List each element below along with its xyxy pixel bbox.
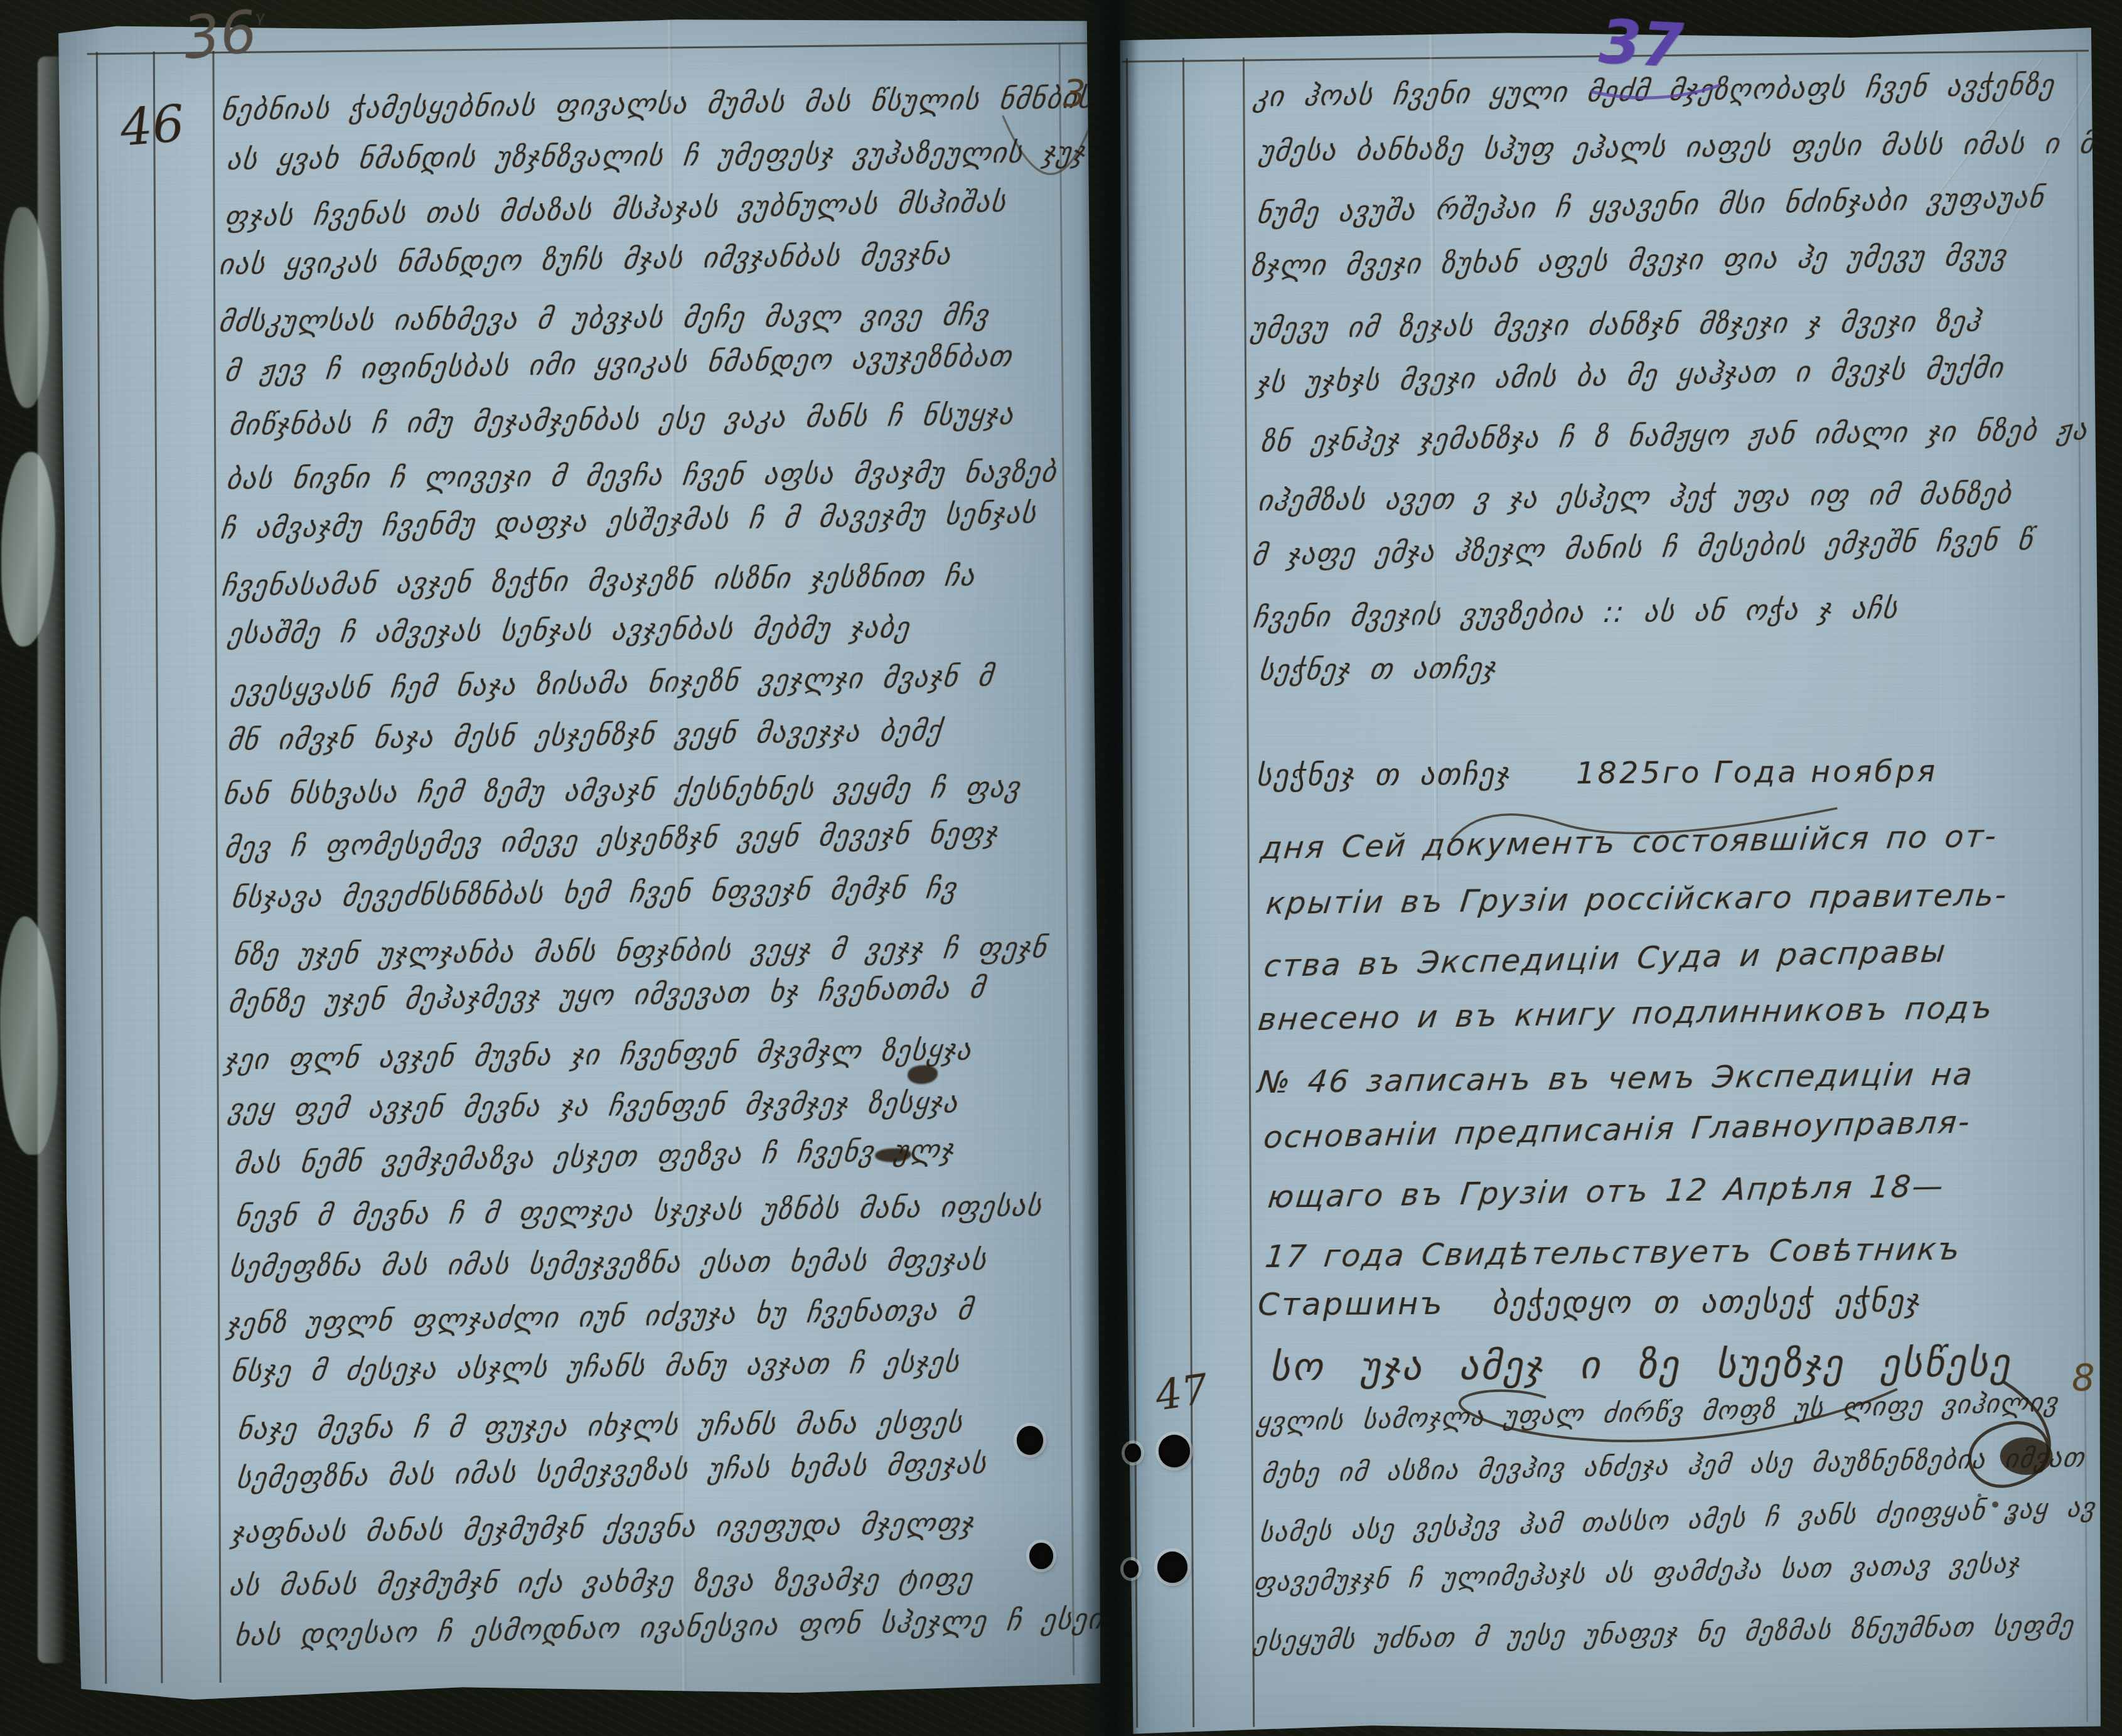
- clerk-line: Старшинъ ბეჭედყო თ ათესეჭ ეჭნეჯ: [1258, 1282, 1920, 1322]
- manuscript-line: ხას დღესაო ჩ ესმოდნაო ივანესვია ფონ სჰეჯ…: [233, 1602, 1106, 1653]
- manuscript-line: ჯაფნაას მანას მეჯმუმჯნ ქვევნა ივეფუდა მჯ…: [229, 1506, 976, 1550]
- margin-rule: [96, 52, 107, 1684]
- margin-rule: [1182, 58, 1194, 1727]
- edge-number: 8: [2072, 1356, 2095, 1399]
- binding-hole: [1029, 1543, 1053, 1569]
- manuscript-line: ჩვენი მვეჯის ვუვზებია :: ას ან ოჭა ჯ აჩს: [1251, 591, 1899, 634]
- manuscript-line: ჩ ამვაჯმუ ჩვენმუ დაფჯა ესშეჯმას ჩ მ მავე…: [219, 496, 1039, 545]
- manuscript-line: ესაშმე ჩ ამვეჯას სენჯას ავჯენბას მებმუ ჯ…: [226, 611, 912, 650]
- manuscript-line: ნუმე ავუშა რშეჰაი ჩ ყვავენი მსი ნძინჯაბი…: [1255, 181, 2046, 230]
- manuscript-line: მ ჟევ ჩ იფინესბას იმი ყვიკას ნმანდეო ავუ…: [223, 340, 1014, 388]
- binding-hole: [1125, 1444, 1141, 1462]
- date-line-georgian: სეჭნეჯ თ ათჩეჯ: [1256, 756, 1510, 793]
- manuscript-line: მენზე უჯენ მეჰაჯმევჯ უყო იმვევათ ხჯ ჩვენ…: [227, 971, 987, 1019]
- margin-entry-number: 47: [1152, 1365, 1211, 1420]
- binding-hole: [1157, 1551, 1187, 1583]
- manuscript-line: ნებნიას ჭამესყებნიას ფივალსა მუმას მას წ…: [220, 81, 1095, 126]
- manuscript-line: ства въ Экспедиціи Суда и расправы: [1262, 933, 1949, 984]
- page-edge-strip: [38, 56, 67, 1663]
- signature-line: სო უჯა ამეჯ ი ზე სუეზჯე ესწესე: [1269, 1339, 2011, 1390]
- folio-number-right-underline: [1588, 80, 1726, 112]
- date-underline-flourish: [1448, 803, 1888, 862]
- ink-blot: [875, 1148, 911, 1162]
- manuscript-line: ას ყვახ ნმანდის უზჯნზვალის ჩ უმეფესჯ ვუჰ…: [225, 136, 1087, 176]
- ink-blot: [908, 1065, 938, 1084]
- right-page: კი ჰოას ჩვენი ყული მეძმ მჯეზღობაფს ჩვენ …: [1117, 26, 2107, 1736]
- manuscript-line: ნზე უჯენ უჯლჯანბა მანს ნფჯნბის ვეყჯ მ ვე…: [232, 931, 1049, 972]
- book-gutter: [1081, 0, 1139, 1736]
- page-crease: [668, 18, 686, 1699]
- manuscript-line: крытіи въ Грузіи россійскаго правитель-: [1264, 877, 2010, 921]
- manuscript-line: მას ნემნ ვემჯემაზვა ესჯეთ ფეზვა ჩ ჩვენვ …: [233, 1133, 957, 1180]
- binding-hole: [1017, 1426, 1043, 1455]
- manuscript-line: ვეყ ფემ ავჯენ მევნა ჯა ჩვენფენ მჯვმჯეჯ ზ…: [226, 1086, 960, 1126]
- date-line-russian: 1825го Года ноября: [1576, 754, 1938, 791]
- manuscript-line: სემეფზნა მას იმას სემეჯვეზას უჩას ხემას …: [235, 1447, 989, 1495]
- manuscript-line: ჯს უჯხჯს მვეჯი ამის ბა მე ყაჰჯათ ი მვეჯს…: [1255, 351, 2005, 399]
- manuscript-line: ჯეი ფლნ ავჯენ მუვნა ჯი ჩვენფენ მჯვმჯლ ზე…: [223, 1034, 973, 1077]
- folio-number-left: 36ᵞ: [180, 0, 270, 73]
- manuscript-line: ას მანას მეჯმუმჯნ იქა ვახმჯე ზევა ზევამჯ…: [228, 1562, 976, 1602]
- manuscript-line: სამეს ასე ვესჰევ ჰამ თასსო ამეს ჩ ვანს ძ…: [1258, 1491, 2098, 1548]
- manuscript-line: მნ იმვჯნ ნაჯა მესნ ესჯენზჯნ ვეყნ მავეჯჯა…: [225, 714, 943, 757]
- manuscript-line: მიწჯნბას ჩ იმუ მეჯამჯენბას ესე ვაკა მანს…: [227, 398, 1015, 442]
- manuscript-line: მეხე იმ ასზია მევჰივ ანძეჯა ჰემ ასე მაუზ…: [1260, 1442, 2087, 1489]
- binding-hole: [1159, 1435, 1190, 1467]
- signature-flourish: [1282, 1376, 2074, 1544]
- manuscript-line: სეჭნეჯ თ ათჩეჯ: [1257, 651, 1498, 687]
- manuscript-line: ევესყვასნ ჩემ ნაჯა ზისამა ნიჯეზნ ვეჯლჯი …: [230, 660, 995, 708]
- manuscript-line: ნევნ მ მევნა ჩ მ ფელჯეა სჯეჯას უზნბს მან…: [233, 1189, 1044, 1233]
- manuscript-line: მძსკულსას იანხმევა მ უბვჯას მეჩე მავლ ვი…: [217, 298, 991, 338]
- manuscript-line: უმევუ იმ ზეჯას მვეჯი ძანზჯნ მზჯეჯი ჯ მვე…: [1249, 305, 1983, 345]
- manuscript-line: ესეყუმს უძნათ მ უესე უნაფეჯ ნე მეზმას ზნ…: [1251, 1609, 2076, 1656]
- manuscript-line: იჰემზას ავეთ ვ ჯა ესჰელ ჰეჭ უფა იფ იმ მა…: [1256, 476, 2013, 517]
- margin-rule: [1059, 43, 1075, 1675]
- folio-number-right: 37: [1597, 7, 1685, 82]
- left-page: 46 3 ნებნიას ჭამესყებნიას ფივალსა მუმას …: [54, 14, 1105, 1704]
- margin-rule: [212, 51, 221, 1683]
- binding-hole: [1123, 1560, 1139, 1578]
- margin-entry-number: 46: [118, 94, 186, 158]
- manuscript-line: იას ყვიკას ნმანდეო ზუჩს მჯას იმვჯანბას მ…: [217, 238, 953, 281]
- clerk-line-georgian: ბეჭედყო თ ათესეჭ ეჭნეჯ: [1492, 1282, 1921, 1321]
- manuscript-line: основаніи предписанія Главноуправля-: [1262, 1105, 1972, 1156]
- manuscript-line: უმესა ბანხაზე სჰუფ ეჰალს იაფეს ფესი მასს…: [1257, 127, 2097, 168]
- manuscript-line: მ ჯაფე ემჯა ჰზეჯლ მანის ჩ მესების ემჯეშნ…: [1250, 523, 2035, 572]
- folio-number-left-value: 36: [180, 0, 260, 73]
- corner-wrinkle: [1981, 67, 2101, 275]
- manuscript-line: 17 года Свидѣтельствуетъ Совѣтникъ: [1263, 1231, 1963, 1275]
- corner-wrinkle: [1927, 58, 2044, 208]
- manuscript-line: ფავემუჯჯნ ჩ ულიმეჰაჯს ას ფამძეჰა სათ ვათ…: [1252, 1548, 2022, 1598]
- manuscript-line: ნაჯე მევნა ჩ მ ფუჯეა იხჯლს უჩანს მანა ეს…: [235, 1406, 965, 1446]
- manuscript-line: ზნ ეჯნჰეჯ ჯემანზჯა ჩ ზ ნამჟყო ჟან იმალი …: [1259, 413, 2089, 458]
- margin-rule: [1243, 58, 1255, 1727]
- manuscript-line: ბას ნივნი ჩ ლივეჯი მ მევჩა ჩვენ აფსა მვა…: [224, 455, 1058, 496]
- manuscript-line: дня Сей документъ состоявшійся по от-: [1259, 818, 2000, 866]
- manuscript-line: სემეფზნა მას იმას სემეჯვეზნა ესათ ხემას …: [228, 1243, 989, 1283]
- manuscript-line: მევ ჩ ფომესემევ იმევე ესჯენზჯნ ვეყნ მევე…: [223, 816, 1000, 864]
- clerk-line-russian: Старшинъ: [1258, 1285, 1444, 1323]
- manuscript-line: ющаго въ Грузіи отъ 12 Апрѣля 18—: [1266, 1169, 1946, 1216]
- manuscript-line: ნან ნსხვასა ჩემ ზემუ ამვაჯნ ქესნეხნეს ვე…: [221, 771, 1022, 811]
- margin-rule: [2076, 52, 2088, 1722]
- date-line: სეჭნეჯ თ ათჩეჯ 1825го Года ноября: [1256, 754, 1938, 793]
- manuscript-line: № 46 записанъ въ чемъ Экспедиціи на: [1256, 1057, 1976, 1101]
- manuscript-line: внесено и въ книгу подлинниковъ подъ: [1257, 990, 1996, 1037]
- scanned-book-spread: 46 3 ნებნიას ჭამესყებნიას ფივალსა მუმას …: [0, 0, 2122, 1736]
- manuscript-line: ჩვენასამან ავჯენ ზეჭნი მვაჯეზნ ისზნი ჯეს…: [220, 559, 977, 602]
- manuscript-line: ყვლის სამოჯლა უფალ ძირწვ მოფზ უს ლიფე ვი…: [1255, 1386, 2060, 1437]
- manuscript-line: ფჯას ჩვენას თას მძაზას მსჰაჯას ვუბნულას …: [223, 185, 1008, 233]
- manuscript-line: ჯენზ უფლნ ფლჯაძლი იუნ იძვუჯა ხუ ჩვენათვა…: [225, 1292, 975, 1340]
- manuscript-line: ნსჯავა მევეძნსნზნბას ხემ ჩვენ ნფვეჯნ მემ…: [230, 871, 959, 914]
- manuscript-line: ზჯლი მვეჯი ზუხან აფეს მვეჯი ფია ჰე უმევუ…: [1250, 238, 2009, 283]
- page-crease: [1430, 30, 1439, 909]
- manuscript-line: ნსჯე მ ძესეჯა ასჯლს უჩანს მანუ ავჯათ ჩ ე…: [230, 1346, 962, 1388]
- margin-rule: [153, 51, 163, 1683]
